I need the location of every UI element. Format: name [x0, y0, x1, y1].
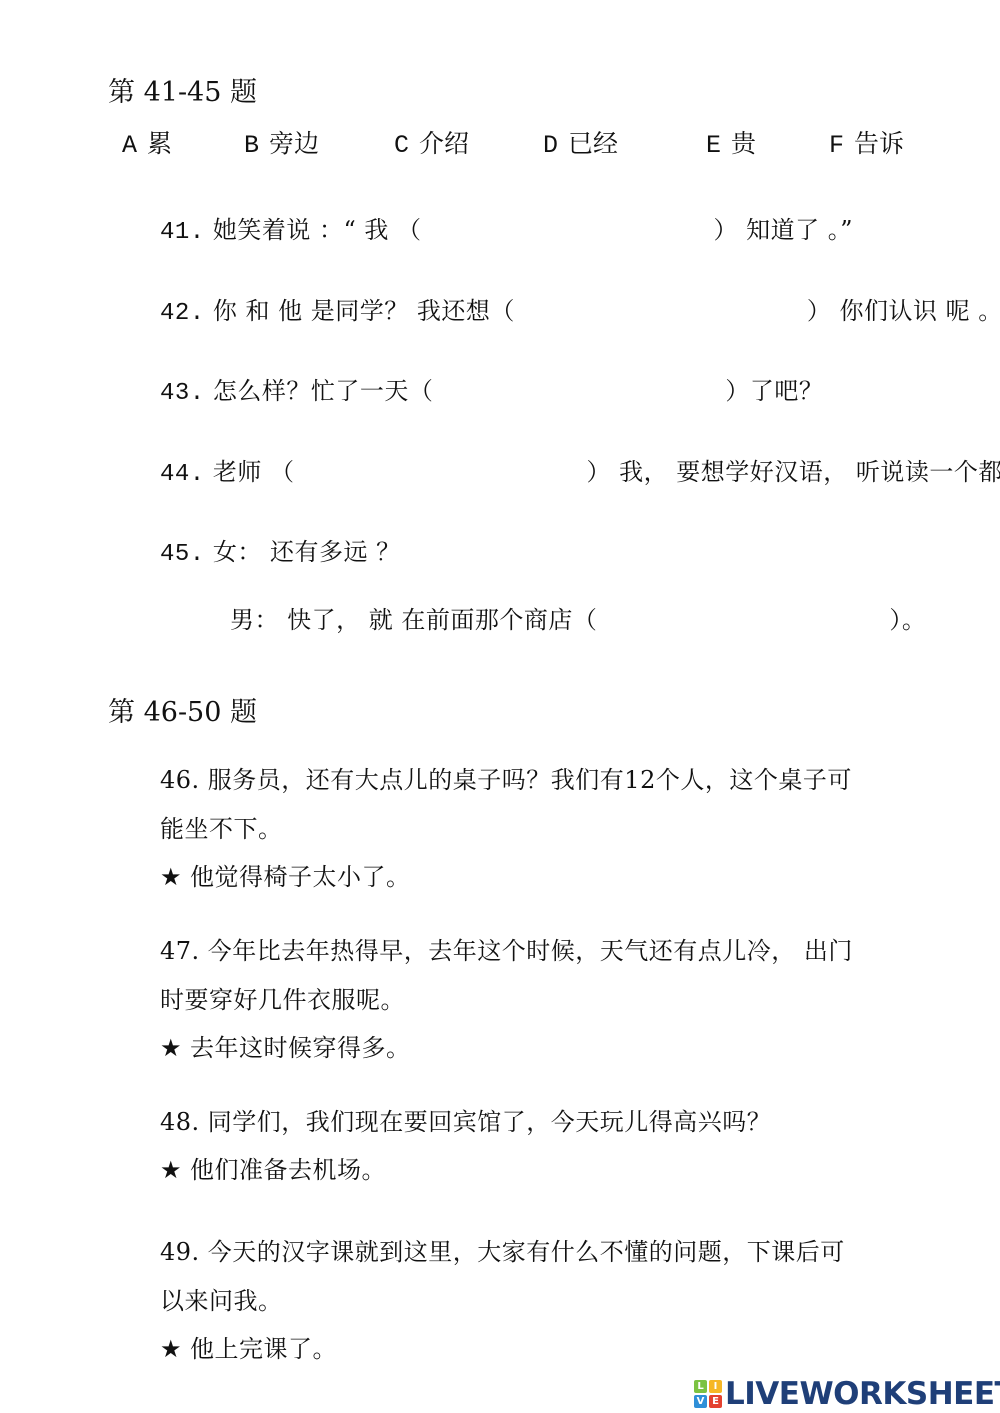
- star-icon: ★: [160, 1034, 182, 1062]
- logo-text: LIVEWORKSHEETS: [725, 1376, 1000, 1412]
- word-option-c: C介绍: [394, 124, 469, 160]
- answer-blank-43[interactable]: [433, 378, 725, 408]
- logo-cell-i: I: [709, 1380, 722, 1393]
- answer-blank-44[interactable]: [294, 459, 586, 489]
- star-icon: ★: [160, 1335, 182, 1363]
- question-49-line-1: 49. 今天的汉字课就到这里，大家有什么不懂的问题，下课后可: [160, 1232, 845, 1267]
- question-45: 45. 女： 还有多远 ？: [160, 532, 401, 568]
- liveworksheets-logo: L I V E LIVEWORKSHEETS: [694, 1376, 1000, 1412]
- question-44: 44. 老师 （） 我， 要想学好汉语， 听说读一个都不能少。: [160, 452, 1000, 489]
- question-46-line-2: 能坐不下。: [160, 809, 283, 844]
- logo-cell-v: V: [694, 1395, 707, 1408]
- section-heading-46-50: 第 46-50 题: [108, 690, 257, 729]
- star-icon: ★: [160, 863, 182, 891]
- word-option-d: D已经: [543, 124, 618, 160]
- question-48-line-1: 48. 同学们，我们现在要回宾馆了，今天玩儿得高兴吗？: [160, 1102, 771, 1137]
- question-41: 41. 她笑着说 ：“ 我 （） 知道了 。”: [160, 210, 853, 247]
- statement-46[interactable]: ★他觉得椅子太小了。: [160, 857, 411, 892]
- logo-cell-e: E: [709, 1395, 722, 1408]
- word-option-a: A累: [122, 124, 172, 160]
- statement-48[interactable]: ★他们准备去机场。: [160, 1150, 386, 1185]
- question-49-line-2: 以来问我。: [160, 1281, 283, 1316]
- answer-blank-41[interactable]: [422, 217, 714, 247]
- word-option-b: B旁边: [244, 124, 319, 160]
- answer-blank-45[interactable]: [597, 607, 889, 637]
- word-option-f: F告诉: [829, 124, 904, 160]
- question-45-reply: 男： 快了， 就 在前面那个商店（）。: [230, 600, 926, 637]
- answer-blank-42[interactable]: [515, 298, 807, 328]
- logo-cell-l: L: [694, 1380, 707, 1393]
- question-43: 43. 怎么样？忙了一天（）了吧？: [160, 371, 823, 408]
- statement-49[interactable]: ★他上完课了。: [160, 1329, 337, 1364]
- statement-47[interactable]: ★去年这时候穿得多。: [160, 1028, 411, 1063]
- question-46-line-1: 46. 服务员，还有大点儿的桌子吗？我们有12个人，这个桌子可: [160, 760, 852, 795]
- question-47-line-2: 时要穿好几件衣服呢。: [160, 980, 405, 1015]
- word-option-e: E贵: [706, 124, 756, 160]
- live-blocks-icon: L I V E: [694, 1380, 722, 1408]
- question-42: 42. 你 和 他 是同学？ 我还想（） 你们认识 呢 。: [160, 291, 1000, 328]
- section-heading-41-45: 第 41-45 题: [108, 70, 257, 109]
- question-47-line-1: 47. 今年比去年热得早，去年这个时候，天气还有点儿冷， 出门: [160, 931, 853, 966]
- star-icon: ★: [160, 1156, 182, 1184]
